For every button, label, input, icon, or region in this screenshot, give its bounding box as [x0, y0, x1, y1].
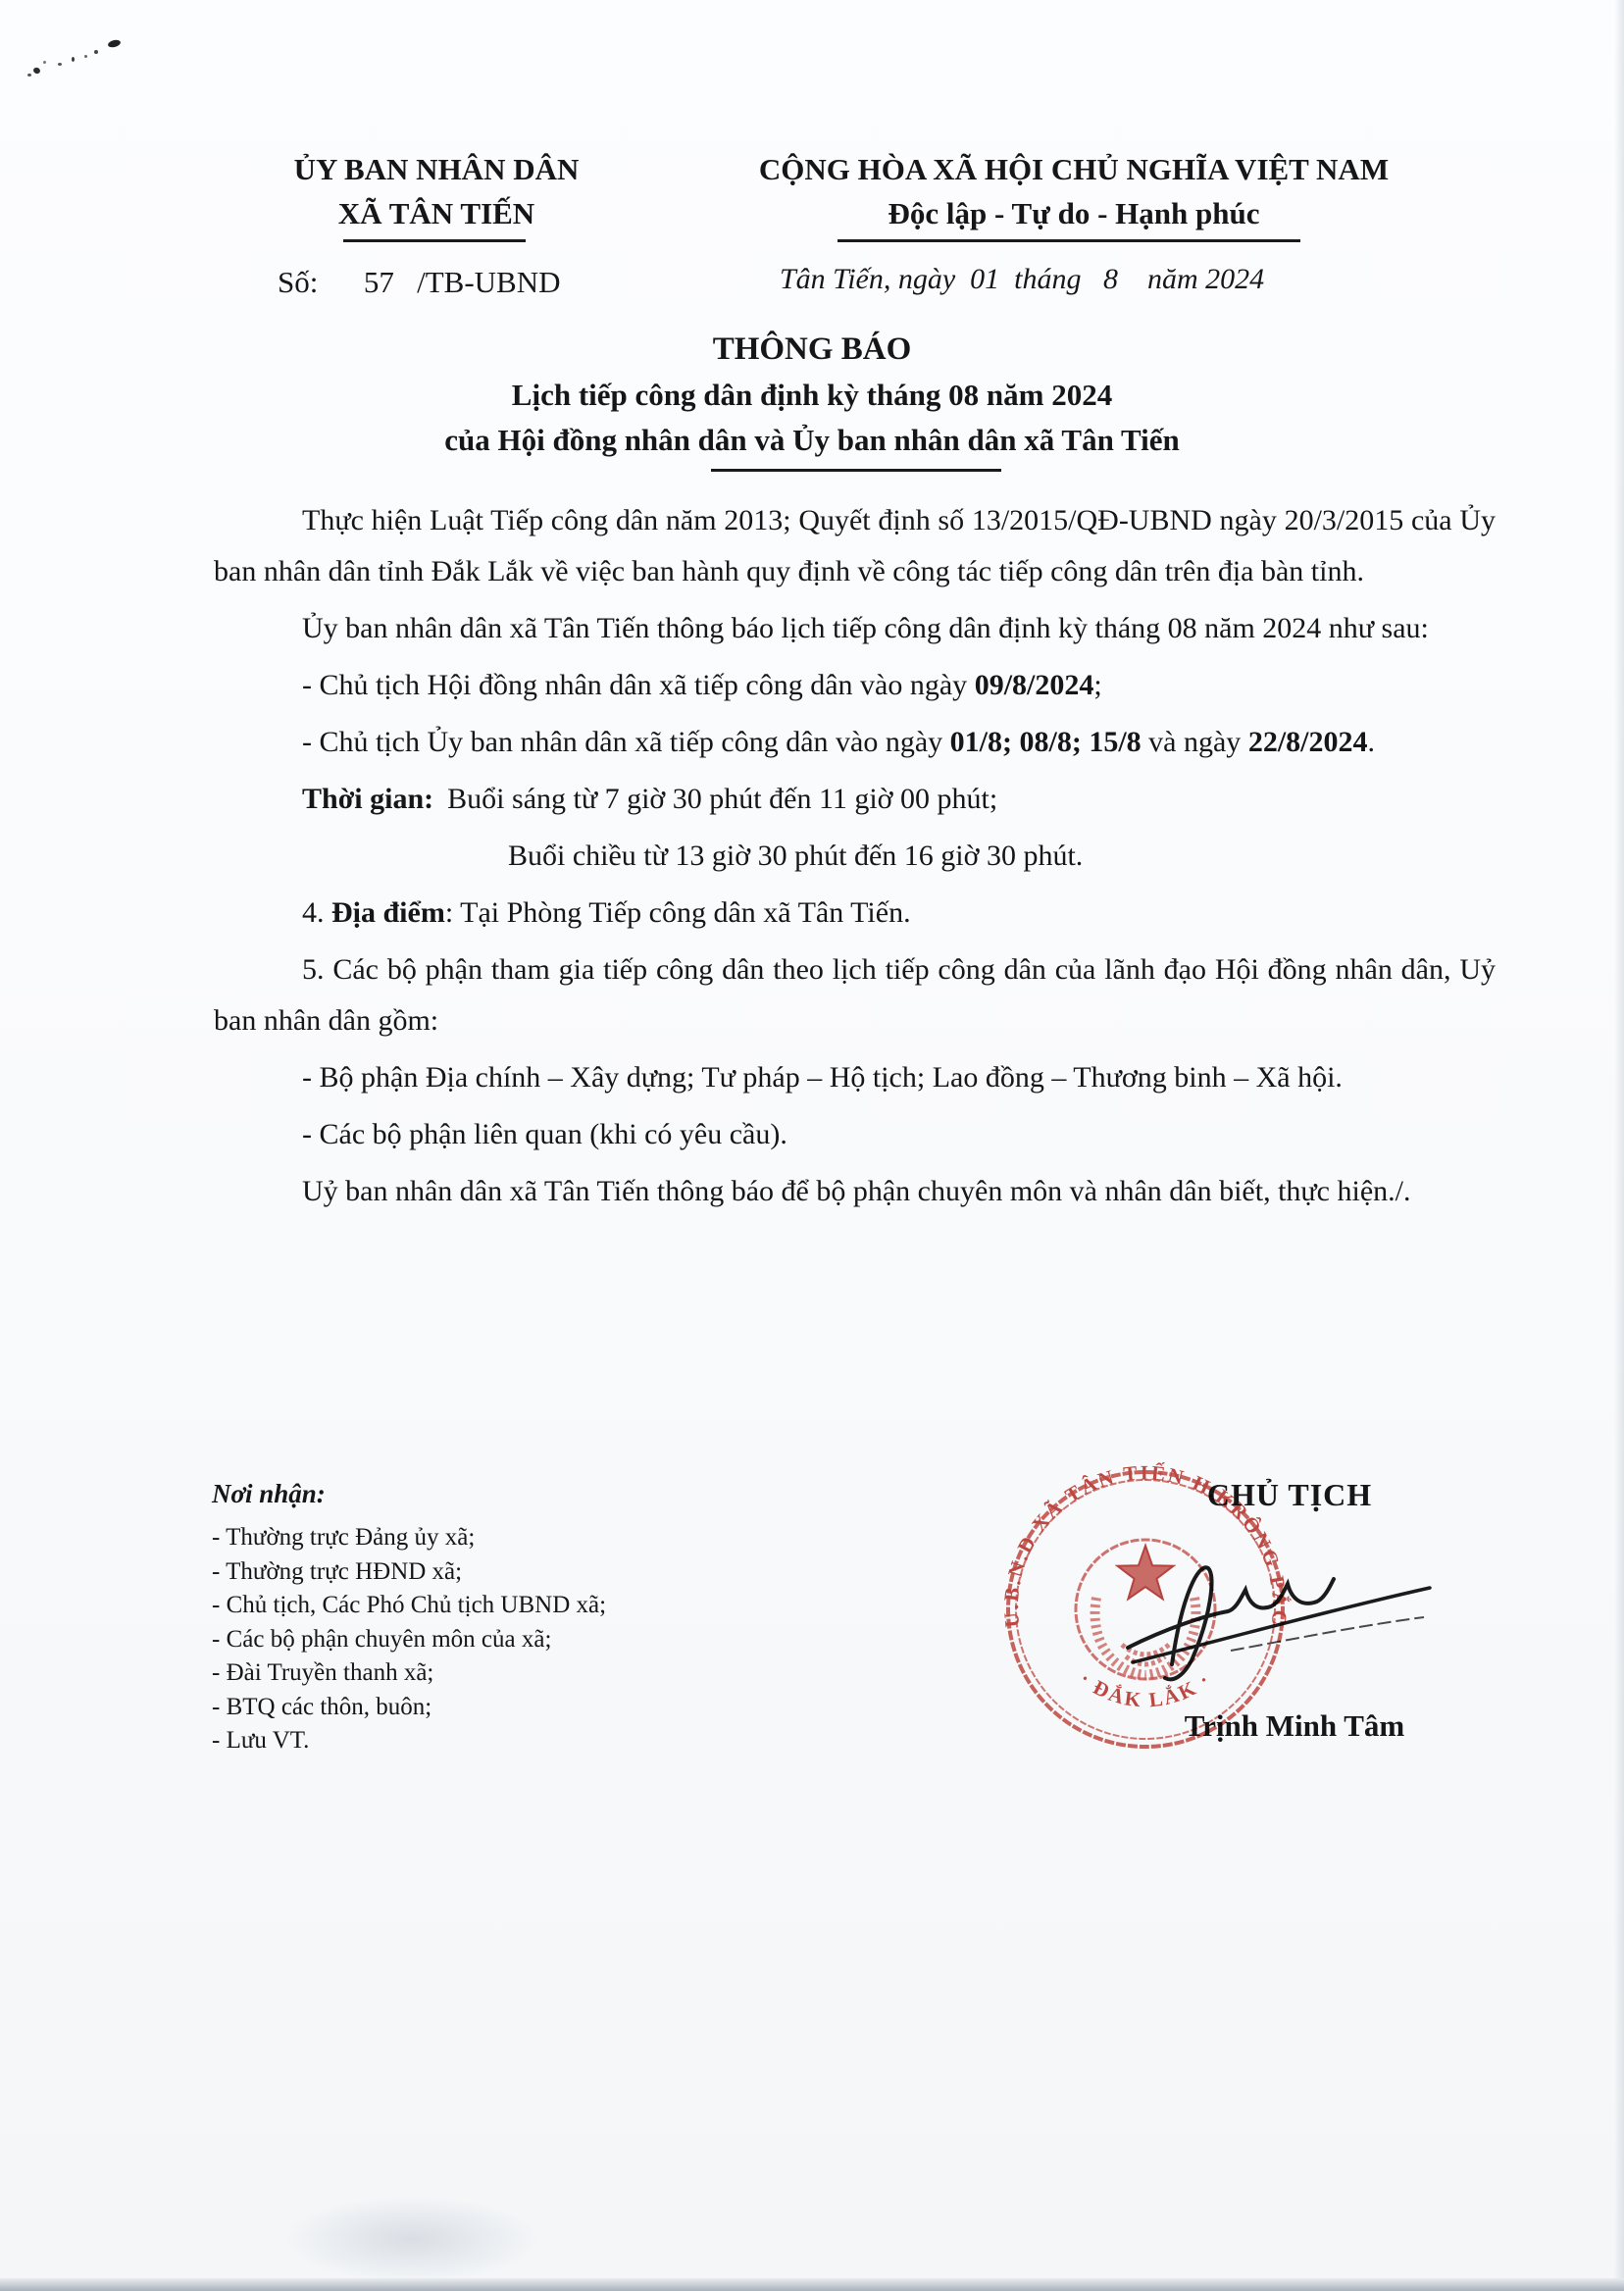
- scan-right-edge: [1614, 0, 1624, 2291]
- paragraph-legal-basis: Thực hiện Luật Tiếp công dân năm 2013; Q…: [214, 495, 1496, 597]
- bullet2-date2: 22/8/2024: [1248, 726, 1368, 758]
- bullet1-text: - Chủ tịch Hội đồng nhân dân xã tiếp côn…: [302, 669, 975, 701]
- bullet2-text: - Chủ tịch Ủy ban nhân dân xã tiếp công …: [302, 726, 950, 758]
- location-label: Địa điểm: [331, 896, 445, 929]
- title-line-1: Lịch tiếp công dân định kỳ tháng 08 năm …: [0, 373, 1624, 418]
- paragraph-departments: 5. Các bộ phận tham gia tiếp công dân th…: [214, 944, 1496, 1046]
- location-text: : Tại Phòng Tiếp công dân xã Tân Tiến.: [445, 896, 911, 929]
- location-line: 4. Địa điểm: Tại Phòng Tiếp công dân xã …: [214, 888, 1496, 939]
- issuing-authority-line2: XÃ TÂN TIẾN: [275, 191, 598, 235]
- paragraph-announcement: Ủy ban nhân dân xã Tân Tiến thông báo lị…: [214, 603, 1496, 654]
- recipient-list: - Thường trực Đảng ủy xã; - Thường trực …: [212, 1521, 606, 1758]
- national-motto-line: Độc lập - Tự do - Hạnh phúc: [698, 191, 1449, 235]
- recipient-item: - Thường trực HĐND xã;: [212, 1555, 606, 1590]
- place-date-line: Tân Tiến, ngày 01 tháng 8 năm 2024: [780, 263, 1264, 296]
- recipients-label: Nơi nhận:: [212, 1479, 326, 1509]
- recipient-item: - Thường trực Đảng ủy xã;: [212, 1521, 606, 1555]
- notice-label: THÔNG BÁO: [0, 327, 1624, 373]
- bullet-ubnd-schedule: - Chủ tịch Ủy ban nhân dân xã tiếp công …: [214, 717, 1496, 768]
- document-number: Số: 57 /TB-UBND: [278, 265, 561, 300]
- time-colon: :: [424, 783, 447, 815]
- scan-smudge: [284, 2195, 539, 2283]
- title-block: THÔNG BÁO Lịch tiếp công dân định kỳ thá…: [0, 327, 1624, 463]
- bullet-hdnd-schedule: - Chủ tịch Hội đồng nhân dân xã tiếp côn…: [214, 660, 1496, 711]
- bullet2-mid: và ngày: [1142, 726, 1248, 758]
- signature-underline-2: [1231, 1617, 1424, 1651]
- national-header-block: CỘNG HÒA XÃ HỘI CHỦ NGHĨA VIỆT NAM Độc l…: [698, 147, 1449, 235]
- scan-bottom-edge: [0, 2278, 1624, 2291]
- bullet1-date: 09/8/2024: [975, 669, 1094, 701]
- bullet-department-list: - Bộ phận Địa chính – Xây dựng; Tư pháp …: [214, 1052, 1496, 1103]
- time-afternoon-line: Buổi chiều từ 13 giờ 30 phút đến 16 giờ …: [214, 831, 1496, 882]
- issuing-authority-block: ỦY BAN NHÂN DÂN XÃ TÂN TIẾN: [275, 147, 598, 235]
- recipient-item: - Đài Truyền thanh xã;: [212, 1656, 606, 1691]
- national-name-line: CỘNG HÒA XÃ HỘI CHỦ NGHĨA VIỆT NAM: [698, 147, 1449, 191]
- bullet2-end: .: [1367, 726, 1375, 758]
- recipient-item: - Các bộ phận chuyên môn của xã;: [212, 1623, 606, 1657]
- time-morning-line: Thời gian:Buổi sáng từ 7 giờ 30 phút đến…: [214, 774, 1496, 825]
- location-number: 4.: [302, 896, 331, 929]
- document-page: ỦY BAN NHÂN DÂN XÃ TÂN TIẾN Số: 57 /TB-U…: [0, 0, 1624, 2291]
- signature-ink: [1079, 1525, 1451, 1692]
- recipient-item: - Chủ tịch, Các Phó Chủ tịch UBND xã;: [212, 1589, 606, 1623]
- bullet2-dates: 01/8; 08/8; 15/8: [950, 726, 1142, 758]
- header-left-rule: [343, 239, 526, 242]
- bullet-related-departments: - Các bộ phận liên quan (khi có yêu cầu)…: [214, 1109, 1496, 1160]
- document-body: Thực hiện Luật Tiếp công dân năm 2013; Q…: [214, 495, 1496, 1223]
- header-right-rule: [837, 239, 1300, 242]
- time-label: Thời gian: [302, 783, 424, 815]
- issuing-authority-line1: ỦY BAN NHÂN DÂN: [275, 147, 598, 191]
- paragraph-closing: Uỷ ban nhân dân xã Tân Tiến thông báo để…: [214, 1166, 1496, 1217]
- title-rule: [711, 469, 1001, 472]
- title-line-2: của Hội đồng nhân dân và Ủy ban nhân dân…: [0, 418, 1624, 463]
- recipient-item: - Lưu VT.: [212, 1724, 606, 1758]
- recipient-item: - BTQ các thôn, buôn;: [212, 1691, 606, 1725]
- bullet1-end: ;: [1093, 669, 1101, 701]
- time-morning-text: Buổi sáng từ 7 giờ 30 phút đến 11 giờ 00…: [447, 783, 997, 815]
